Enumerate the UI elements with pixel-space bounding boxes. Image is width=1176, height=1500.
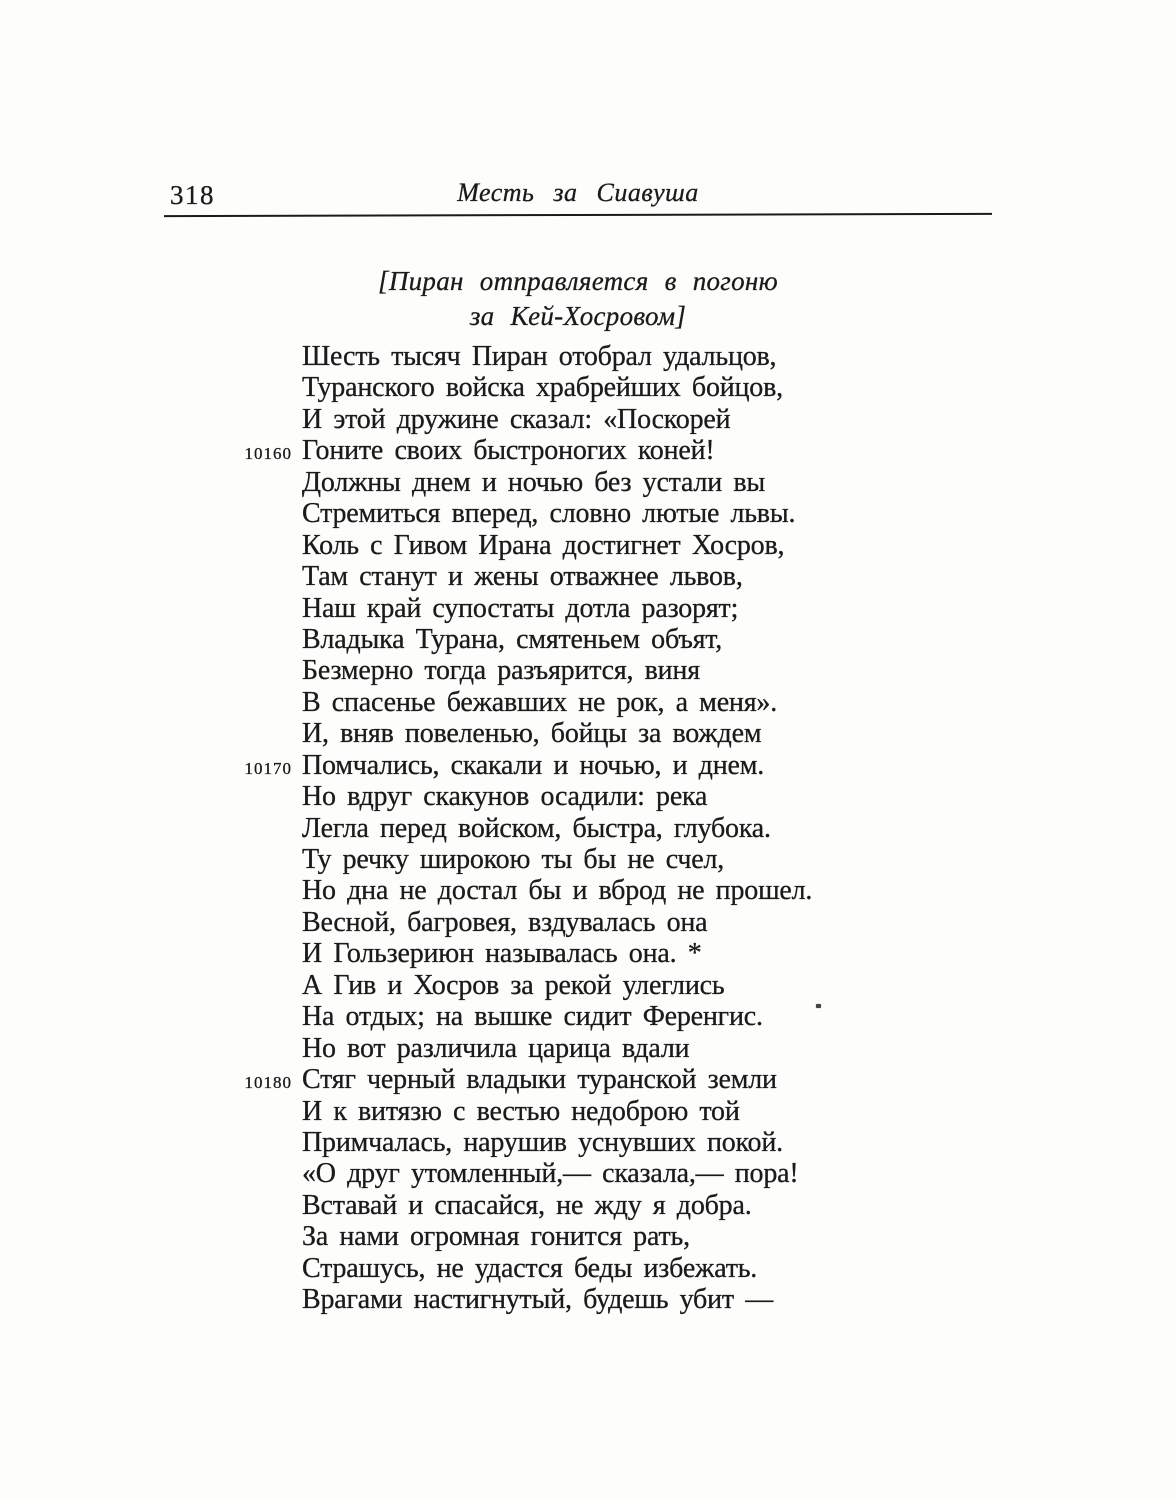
verse-text: Но дна не достал бы и вброд не прошел.	[302, 875, 812, 906]
verse-text: И к витязю с вестью недоброю той	[302, 1096, 740, 1127]
verse-text: И, вняв повеленью, бойцы за вождем	[302, 718, 761, 749]
poem-line: На отдых; на вышке сидит Ференгис.	[232, 1001, 812, 1032]
verse-text: Помчались, скакали и ночью, и днем.	[302, 750, 764, 781]
poem-line: Вставай и спасайся, не жду я добра.	[232, 1190, 812, 1221]
verse-text: Но вот различила царица вдали	[302, 1033, 689, 1064]
section-heading-line-2: за Кей-Хосровом]	[164, 299, 992, 334]
verse-text: В спасенье бежавших не рок, а меня».	[302, 687, 777, 718]
book-page: 318 Месть за Сиавуша [Пиран отправляется…	[0, 0, 1176, 1500]
verse-text: Страшусь, не удастся беды избежать.	[302, 1253, 757, 1284]
poem-line: Но вот различила царица вдали	[232, 1033, 812, 1064]
verse-text: Шесть тысяч Пиран отобрал удальцов,	[302, 341, 776, 372]
poem-line: Весной, багровея, вздувалась она	[232, 907, 812, 938]
poem-line: И к витязю с вестью недоброю той	[232, 1096, 812, 1127]
poem-line: «О друг утомленный,— сказала,— пора!	[232, 1158, 812, 1189]
verse-text: На отдых; на вышке сидит Ференгис.	[302, 1001, 763, 1032]
poem-line: Там станут и жены отважнее львов,	[232, 561, 812, 592]
verse-text: Гоните своих быстроногих коней!	[302, 435, 715, 466]
verse-text: Наш край супостаты дотла разорят;	[302, 593, 738, 624]
poem-line: И этой дружине сказал: «Поскорей	[232, 404, 812, 435]
poem-line: Владыка Турана, смятеньем объят,	[232, 624, 812, 655]
verse-text: За нами огромная гонится рать,	[302, 1221, 690, 1252]
verse-number: 10160	[232, 438, 292, 469]
poem-line: Врагами настигнутый, будешь убит —	[232, 1284, 812, 1315]
verse-text: Должны днем и ночью без устали вы	[302, 467, 765, 498]
verse-text: Ту речку широкою ты бы не счел,	[302, 844, 724, 875]
verse-text: Но вдруг скакунов осадили: река	[302, 781, 707, 812]
verse-text: Врагами настигнутый, будешь убит —	[302, 1284, 773, 1315]
verse-text: И этой дружине сказал: «Поскорей	[302, 404, 730, 435]
verse-text: И Гользериюн называлась она. *	[302, 938, 702, 969]
poem-line: Примчалась, нарушив уснувших покой.	[232, 1127, 812, 1158]
poem-line: Должны днем и ночью без устали вы	[232, 467, 812, 498]
verse-text: Весной, багровея, вздувалась она	[302, 907, 707, 938]
poem-line: 10160 Гоните своих быстроногих коней!	[232, 435, 812, 466]
poem-line: 10170 Помчались, скакали и ночью, и днем…	[232, 750, 812, 781]
poem-line: Безмерно тогда разъярится, виня	[232, 655, 812, 686]
verse-text: А Гив и Хосров за рекой улеглись	[302, 970, 724, 1001]
verse-text: Туранского войска храбрейших бойцов,	[302, 372, 783, 403]
poem-line: Стремиться вперед, словно лютые львы.	[232, 498, 812, 529]
header-rule	[164, 213, 992, 217]
poem-line: В спасенье бежавших не рок, а меня».	[232, 687, 812, 718]
poem-line: Ту речку широкою ты бы не счел,	[232, 844, 812, 875]
scan-speck	[816, 1004, 821, 1008]
verse-text: «О друг утомленный,— сказала,— пора!	[302, 1158, 799, 1189]
poem-line: Легла перед войском, быстра, глубока.	[232, 813, 812, 844]
verse-text: Коль с Гивом Ирана достигнет Хосров,	[302, 530, 784, 561]
verse-text: Стяг черный владыки туранской земли	[302, 1064, 777, 1095]
verse-text: Владыка Турана, смятеньем объят,	[302, 624, 722, 655]
poem-line: За нами огромная гонится рать,	[232, 1221, 812, 1252]
section-heading-line-1: [Пиран отправляется в погоню	[164, 264, 992, 299]
verse-text: Там станут и жены отважнее львов,	[302, 561, 743, 592]
section-heading: [Пиран отправляется в погоню за Кей-Хоср…	[164, 264, 992, 334]
verse-number: 10170	[232, 753, 292, 784]
poem-line: Но вдруг скакунов осадили: река	[232, 781, 812, 812]
verse-text: Вставай и спасайся, не жду я добра.	[302, 1190, 752, 1221]
verse-text: Стремиться вперед, словно лютые львы.	[302, 498, 795, 529]
verse-number: 10180	[232, 1067, 292, 1098]
verse-text: Легла перед войском, быстра, глубока.	[302, 813, 771, 844]
poem-line: Шесть тысяч Пиран отобрал удальцов,	[232, 341, 812, 372]
poem-line: А Гив и Хосров за рекой улеглись	[232, 970, 812, 1001]
verse-text: Примчалась, нарушив уснувших покой.	[302, 1127, 783, 1158]
poem-line: И, вняв повеленью, бойцы за вождем	[232, 718, 812, 749]
poem-line: Наш край супостаты дотла разорят;	[232, 593, 812, 624]
page-header: 318 Месть за Сиавуша	[164, 178, 992, 210]
poem-line: И Гользериюн называлась она. *	[232, 938, 812, 969]
verse-text: Безмерно тогда разъярится, виня	[302, 655, 700, 686]
running-title: Месть за Сиавуша	[164, 178, 992, 208]
poem-line: Но дна не достал бы и вброд не прошел.	[232, 875, 812, 906]
poem-line: Страшусь, не удастся беды избежать.	[232, 1253, 812, 1284]
poem: Шесть тысяч Пиран отобрал удальцов, Тура…	[232, 341, 812, 1316]
poem-line: Туранского войска храбрейших бойцов,	[232, 372, 812, 403]
poem-line: 10180 Стяг черный владыки туранской земл…	[232, 1064, 812, 1095]
poem-line: Коль с Гивом Ирана достигнет Хосров,	[232, 530, 812, 561]
